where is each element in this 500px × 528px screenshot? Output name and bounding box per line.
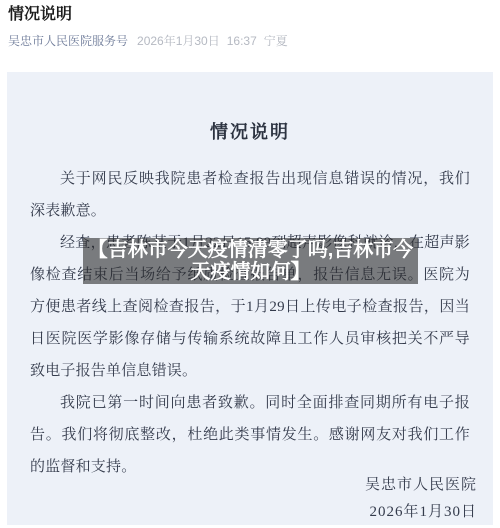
signature-date: 2026年1月30日 — [365, 499, 477, 525]
byline: 吴忠市人民医院服务号 2026年1月30日 16:37 宁夏 — [8, 34, 492, 49]
publish-location: 宁夏 — [264, 34, 288, 49]
statement-title: 情况说明 — [7, 120, 493, 144]
caption-overlay: 【吉林市今天疫情清零了吗,吉林市今天疫情如何】 — [83, 238, 418, 284]
statement-paragraph: 关于网民反映我院患者检查报告出现信息错误的情况，我们深表歉意。 — [30, 163, 470, 227]
statement-image[interactable]: 情况说明 关于网民反映我院患者检查报告出现信息错误的情况，我们深表歉意。 经查，… — [7, 72, 493, 525]
publish-date: 2026年1月30日 — [137, 34, 220, 49]
page-title: 情况说明 — [8, 4, 492, 25]
signature-name: 吴忠市人民医院 — [365, 472, 477, 499]
caption-text: 【吉林市今天疫情清零了吗,吉林市今天疫情如何】 — [83, 239, 418, 283]
statement-paragraph: 我院已第一时间向患者致歉。同时全面排查同期所有电子报告。我们将彻底整改，杜绝此类… — [30, 387, 470, 483]
signature-block: 吴忠市人民医院 2026年1月30日 — [365, 472, 477, 525]
publish-time: 16:37 — [227, 34, 257, 49]
article-header: 情况说明 吴忠市人民医院服务号 2026年1月30日 16:37 宁夏 — [8, 4, 492, 49]
account-name-link[interactable]: 吴忠市人民医院服务号 — [8, 34, 128, 49]
statement-body: 关于网民反映我院患者检查报告出现信息错误的情况，我们深表歉意。 经查，患者陈某于… — [30, 163, 470, 483]
